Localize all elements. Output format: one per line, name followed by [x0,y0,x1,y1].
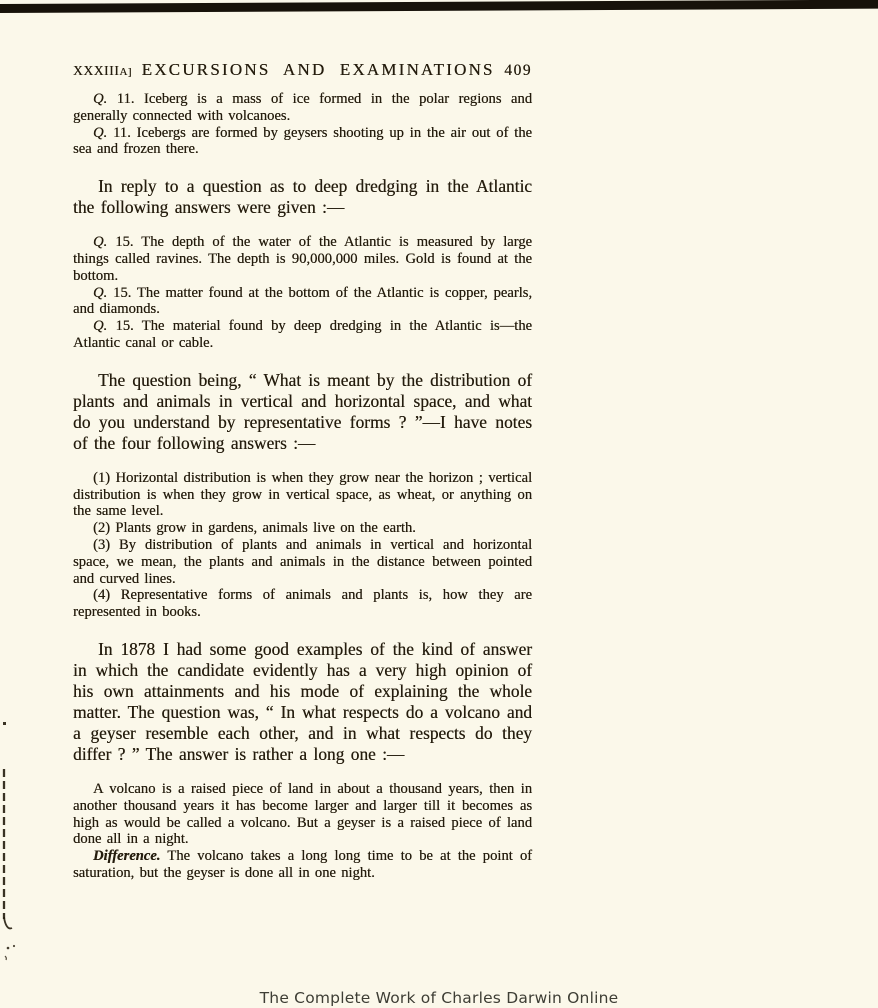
paragraph-text: 15. The depth of the water of the Atlant… [73,234,532,284]
page-number: 409 [504,62,532,80]
paragraph-answer-4: (4) Representative forms of animals and … [73,587,532,621]
paragraph-in-1878: In 1878 I had some good examples of the … [73,639,532,765]
paragraph-volcano-answer: A volcano is a raised piece of land in a… [73,781,532,848]
paragraph-q15-c: Q. 15. The material found by deep dredgi… [73,318,532,352]
paragraph-text: 15. The material found by deep dredging … [73,318,532,351]
site-caption: The Complete Work of Charles Darwin Onli… [0,989,878,1007]
paragraph-lead: Q. [93,318,107,334]
paragraph-question-being: The question being, “ What is meant by t… [73,370,532,454]
chapter-label: XXXIIIA] [73,62,132,80]
paragraph-lead: Q. [93,285,107,301]
paragraph-lead: Q. [93,125,107,141]
paragraph-answer-1: (1) Horizontal distribution is when they… [73,470,532,520]
paragraph-q15-b: Q. 15. The matter found at the bottom of… [73,285,532,319]
paragraph-difference: Difference. The volcano takes a long lon… [73,848,532,882]
paragraph-text: (1) Horizontal distribution is when they… [73,470,532,520]
chapter-suffix: A] [119,66,132,78]
paragraph-text: The question being, “ What is meant by t… [73,370,532,453]
paragraph-q11-a: Q. 11. Iceberg is a mass of ice formed i… [73,91,532,125]
paragraph-text: 11. Icebergs are formed by geysers shoot… [73,125,532,158]
chapter-number: XXXIII [73,63,119,78]
paragraph-q15-a: Q. 15. The depth of the water of the Atl… [73,234,532,284]
paragraph-answer-2: (2) Plants grow in gardens, animals live… [73,520,532,537]
page-scan: XXXIIIA] EXCURSIONS AND EXAMINATIONS 409… [73,60,532,882]
paragraph-text: 15. The matter found at the bottom of th… [73,285,532,318]
margin-ink-marks [0,715,30,980]
paragraph-text: (2) Plants grow in gardens, animals live… [93,520,416,536]
paragraph-text: (3) By distribution of plants and animal… [73,537,532,587]
page-header: XXXIIIA] EXCURSIONS AND EXAMINATIONS 409 [73,60,532,80]
paragraph-text: In 1878 I had some good examples of the … [73,639,532,764]
paragraph-lead: Q. [93,234,107,250]
paragraph-in-reply: In reply to a question as to deep dredgi… [73,176,532,218]
paragraph-q11-b: Q. 11. Icebergs are formed by geysers sh… [73,125,532,159]
page-title: EXCURSIONS AND EXAMINATIONS [142,60,495,80]
paragraph-text: A volcano is a raised piece of land in a… [73,781,532,847]
paragraph-lead: Difference. [93,848,160,864]
paragraph-answer-3: (3) By distribution of plants and animal… [73,537,532,587]
paragraph-text: 11. Iceberg is a mass of ice formed in t… [73,91,532,124]
paragraph-text: (4) Representative forms of animals and … [73,587,532,620]
scan-edge-artifact [0,0,878,13]
paragraph-text: In reply to a question as to deep dredgi… [73,176,532,217]
paragraph-lead: Q. [93,91,107,107]
